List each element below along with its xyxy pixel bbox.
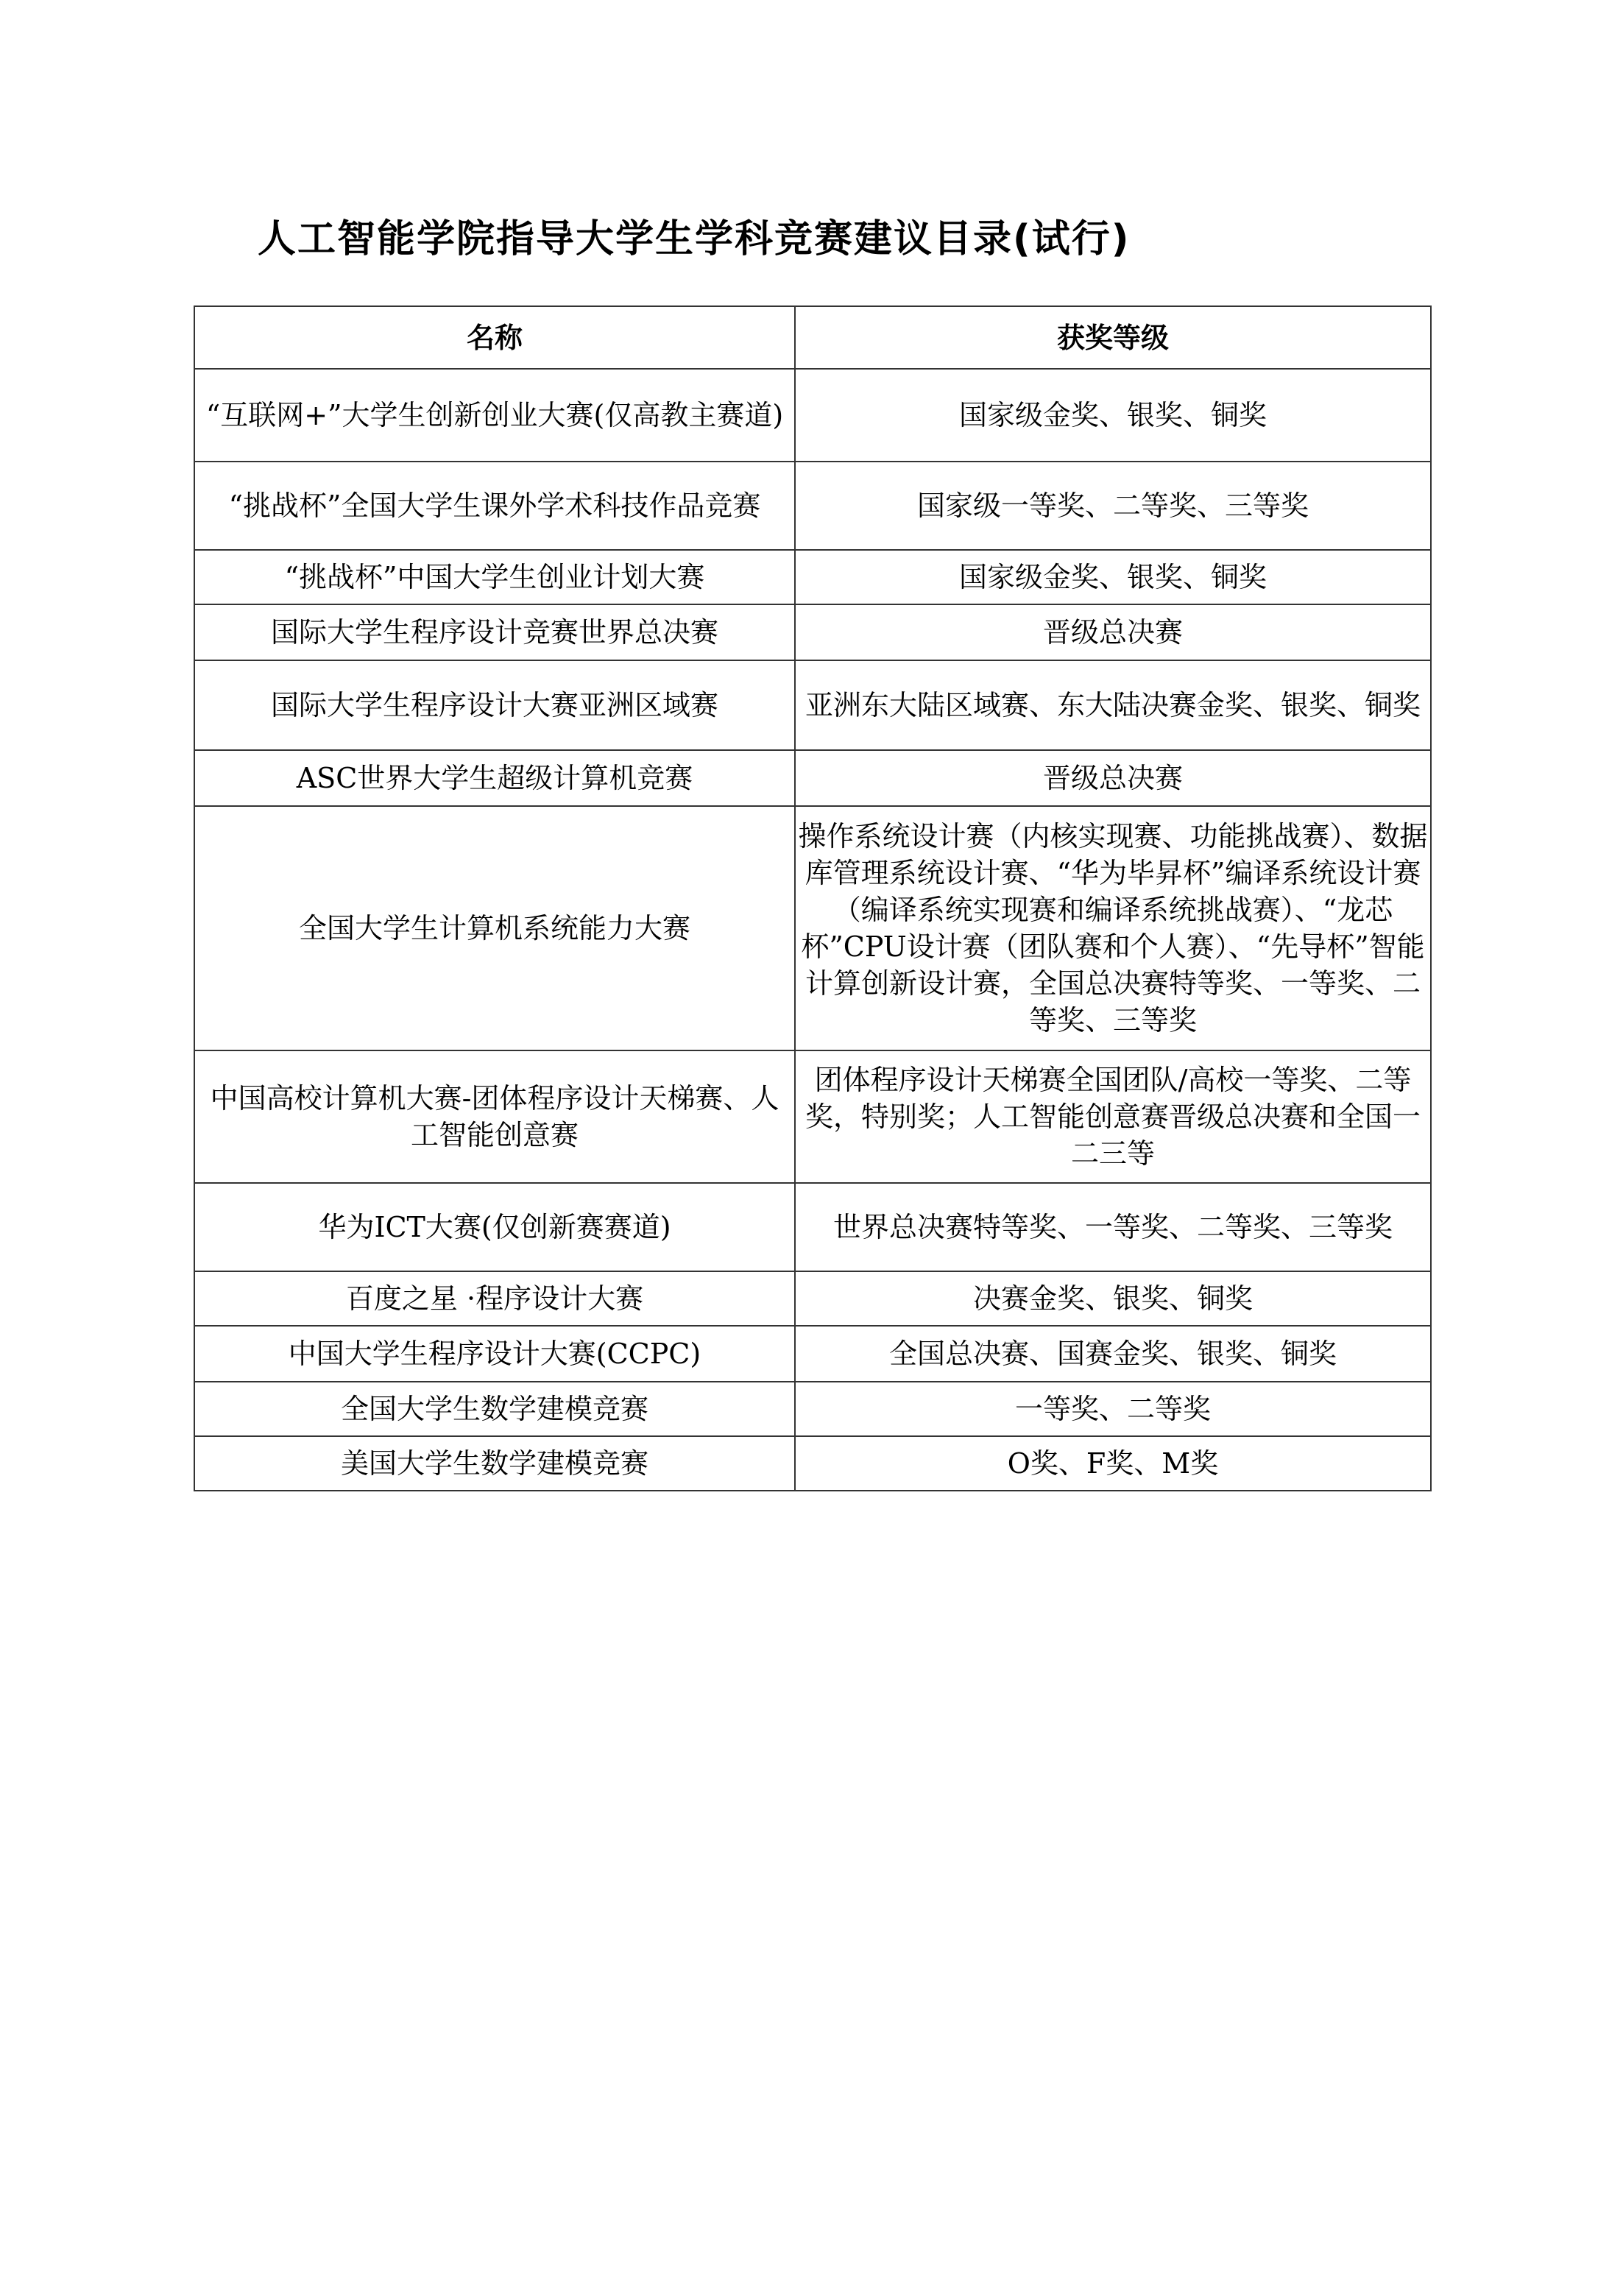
table-row: 百度之星 ·程序设计大赛 决赛金奖、银奖、铜奖 (194, 1271, 1431, 1326)
table-row: ASC世界大学生超级计算机竞赛 晋级总决赛 (194, 750, 1431, 806)
header-name: 名称 (194, 306, 795, 369)
table-row: “挑战杯”中国大学生创业计划大赛 国家级金奖、银奖、铜奖 (194, 550, 1431, 604)
competition-name: “挑战杯”全国大学生课外学术科技作品竞赛 (194, 462, 795, 550)
award-level: 操作系统设计赛（内核实现赛、功能挑战赛）、数据库管理系统设计赛、“华为毕昇杯”编… (795, 806, 1431, 1050)
award-level: 晋级总决赛 (795, 750, 1431, 806)
award-level: O奖、F奖、M奖 (795, 1436, 1431, 1491)
table-row: 国际大学生程序设计大赛亚洲区域赛 亚洲东大陆区域赛、东大陆决赛金奖、银奖、铜奖 (194, 660, 1431, 750)
competition-name: 华为ICT大赛(仅创新赛赛道) (194, 1183, 795, 1271)
competition-name: “挑战杯”中国大学生创业计划大赛 (194, 550, 795, 604)
table-row: 美国大学生数学建模竞赛 O奖、F奖、M奖 (194, 1436, 1431, 1491)
header-award: 获奖等级 (795, 306, 1431, 369)
table-row: “互联网+”大学生创新创业大赛(仅高教主赛道) 国家级金奖、银奖、铜奖 (194, 369, 1431, 462)
award-level: 国家级金奖、银奖、铜奖 (795, 369, 1431, 462)
table-row: 国际大学生程序设计竞赛世界总决赛 晋级总决赛 (194, 604, 1431, 660)
competition-table: 名称 获奖等级 “互联网+”大学生创新创业大赛(仅高教主赛道) 国家级金奖、银奖… (194, 305, 1432, 1491)
award-level: 全国总决赛、国赛金奖、银奖、铜奖 (795, 1326, 1431, 1382)
award-level: 世界总决赛特等奖、一等奖、二等奖、三等奖 (795, 1183, 1431, 1271)
table-row: 全国大学生数学建模竞赛 一等奖、二等奖 (194, 1382, 1431, 1436)
table-row: 全国大学生计算机系统能力大赛 操作系统设计赛（内核实现赛、功能挑战赛）、数据库管… (194, 806, 1431, 1050)
competition-name: 美国大学生数学建模竞赛 (194, 1436, 795, 1491)
table-header-row: 名称 获奖等级 (194, 306, 1431, 369)
award-level: 一等奖、二等奖 (795, 1382, 1431, 1436)
competition-name: 全国大学生数学建模竞赛 (194, 1382, 795, 1436)
table-row: 中国大学生程序设计大赛(CCPC) 全国总决赛、国赛金奖、银奖、铜奖 (194, 1326, 1431, 1382)
competition-name: 中国高校计算机大赛-团体程序设计天梯赛、人工智能创意赛 (194, 1050, 795, 1183)
award-level: 亚洲东大陆区域赛、东大陆决赛金奖、银奖、铜奖 (795, 660, 1431, 750)
award-level: 晋级总决赛 (795, 604, 1431, 660)
award-level: 国家级金奖、银奖、铜奖 (795, 550, 1431, 604)
competition-name: ASC世界大学生超级计算机竞赛 (194, 750, 795, 806)
competition-name: 国际大学生程序设计竞赛世界总决赛 (194, 604, 795, 660)
table-row: 中国高校计算机大赛-团体程序设计天梯赛、人工智能创意赛 团体程序设计天梯赛全国团… (194, 1050, 1431, 1183)
competition-name: “互联网+”大学生创新创业大赛(仅高教主赛道) (194, 369, 795, 462)
award-level: 国家级一等奖、二等奖、三等奖 (795, 462, 1431, 550)
competition-name: 全国大学生计算机系统能力大赛 (194, 806, 795, 1050)
table-row: “挑战杯”全国大学生课外学术科技作品竞赛 国家级一等奖、二等奖、三等奖 (194, 462, 1431, 550)
competition-name: 中国大学生程序设计大赛(CCPC) (194, 1326, 795, 1382)
competition-name: 百度之星 ·程序设计大赛 (194, 1271, 795, 1326)
page-title: 人工智能学院指导大学生学科竞赛建议目录(试行) (258, 208, 1288, 263)
table-row: 华为ICT大赛(仅创新赛赛道) 世界总决赛特等奖、一等奖、二等奖、三等奖 (194, 1183, 1431, 1271)
competition-name: 国际大学生程序设计大赛亚洲区域赛 (194, 660, 795, 750)
award-level: 决赛金奖、银奖、铜奖 (795, 1271, 1431, 1326)
award-level: 团体程序设计天梯赛全国团队/高校一等奖、二等奖，特别奖；人工智能创意赛晋级总决赛… (795, 1050, 1431, 1183)
